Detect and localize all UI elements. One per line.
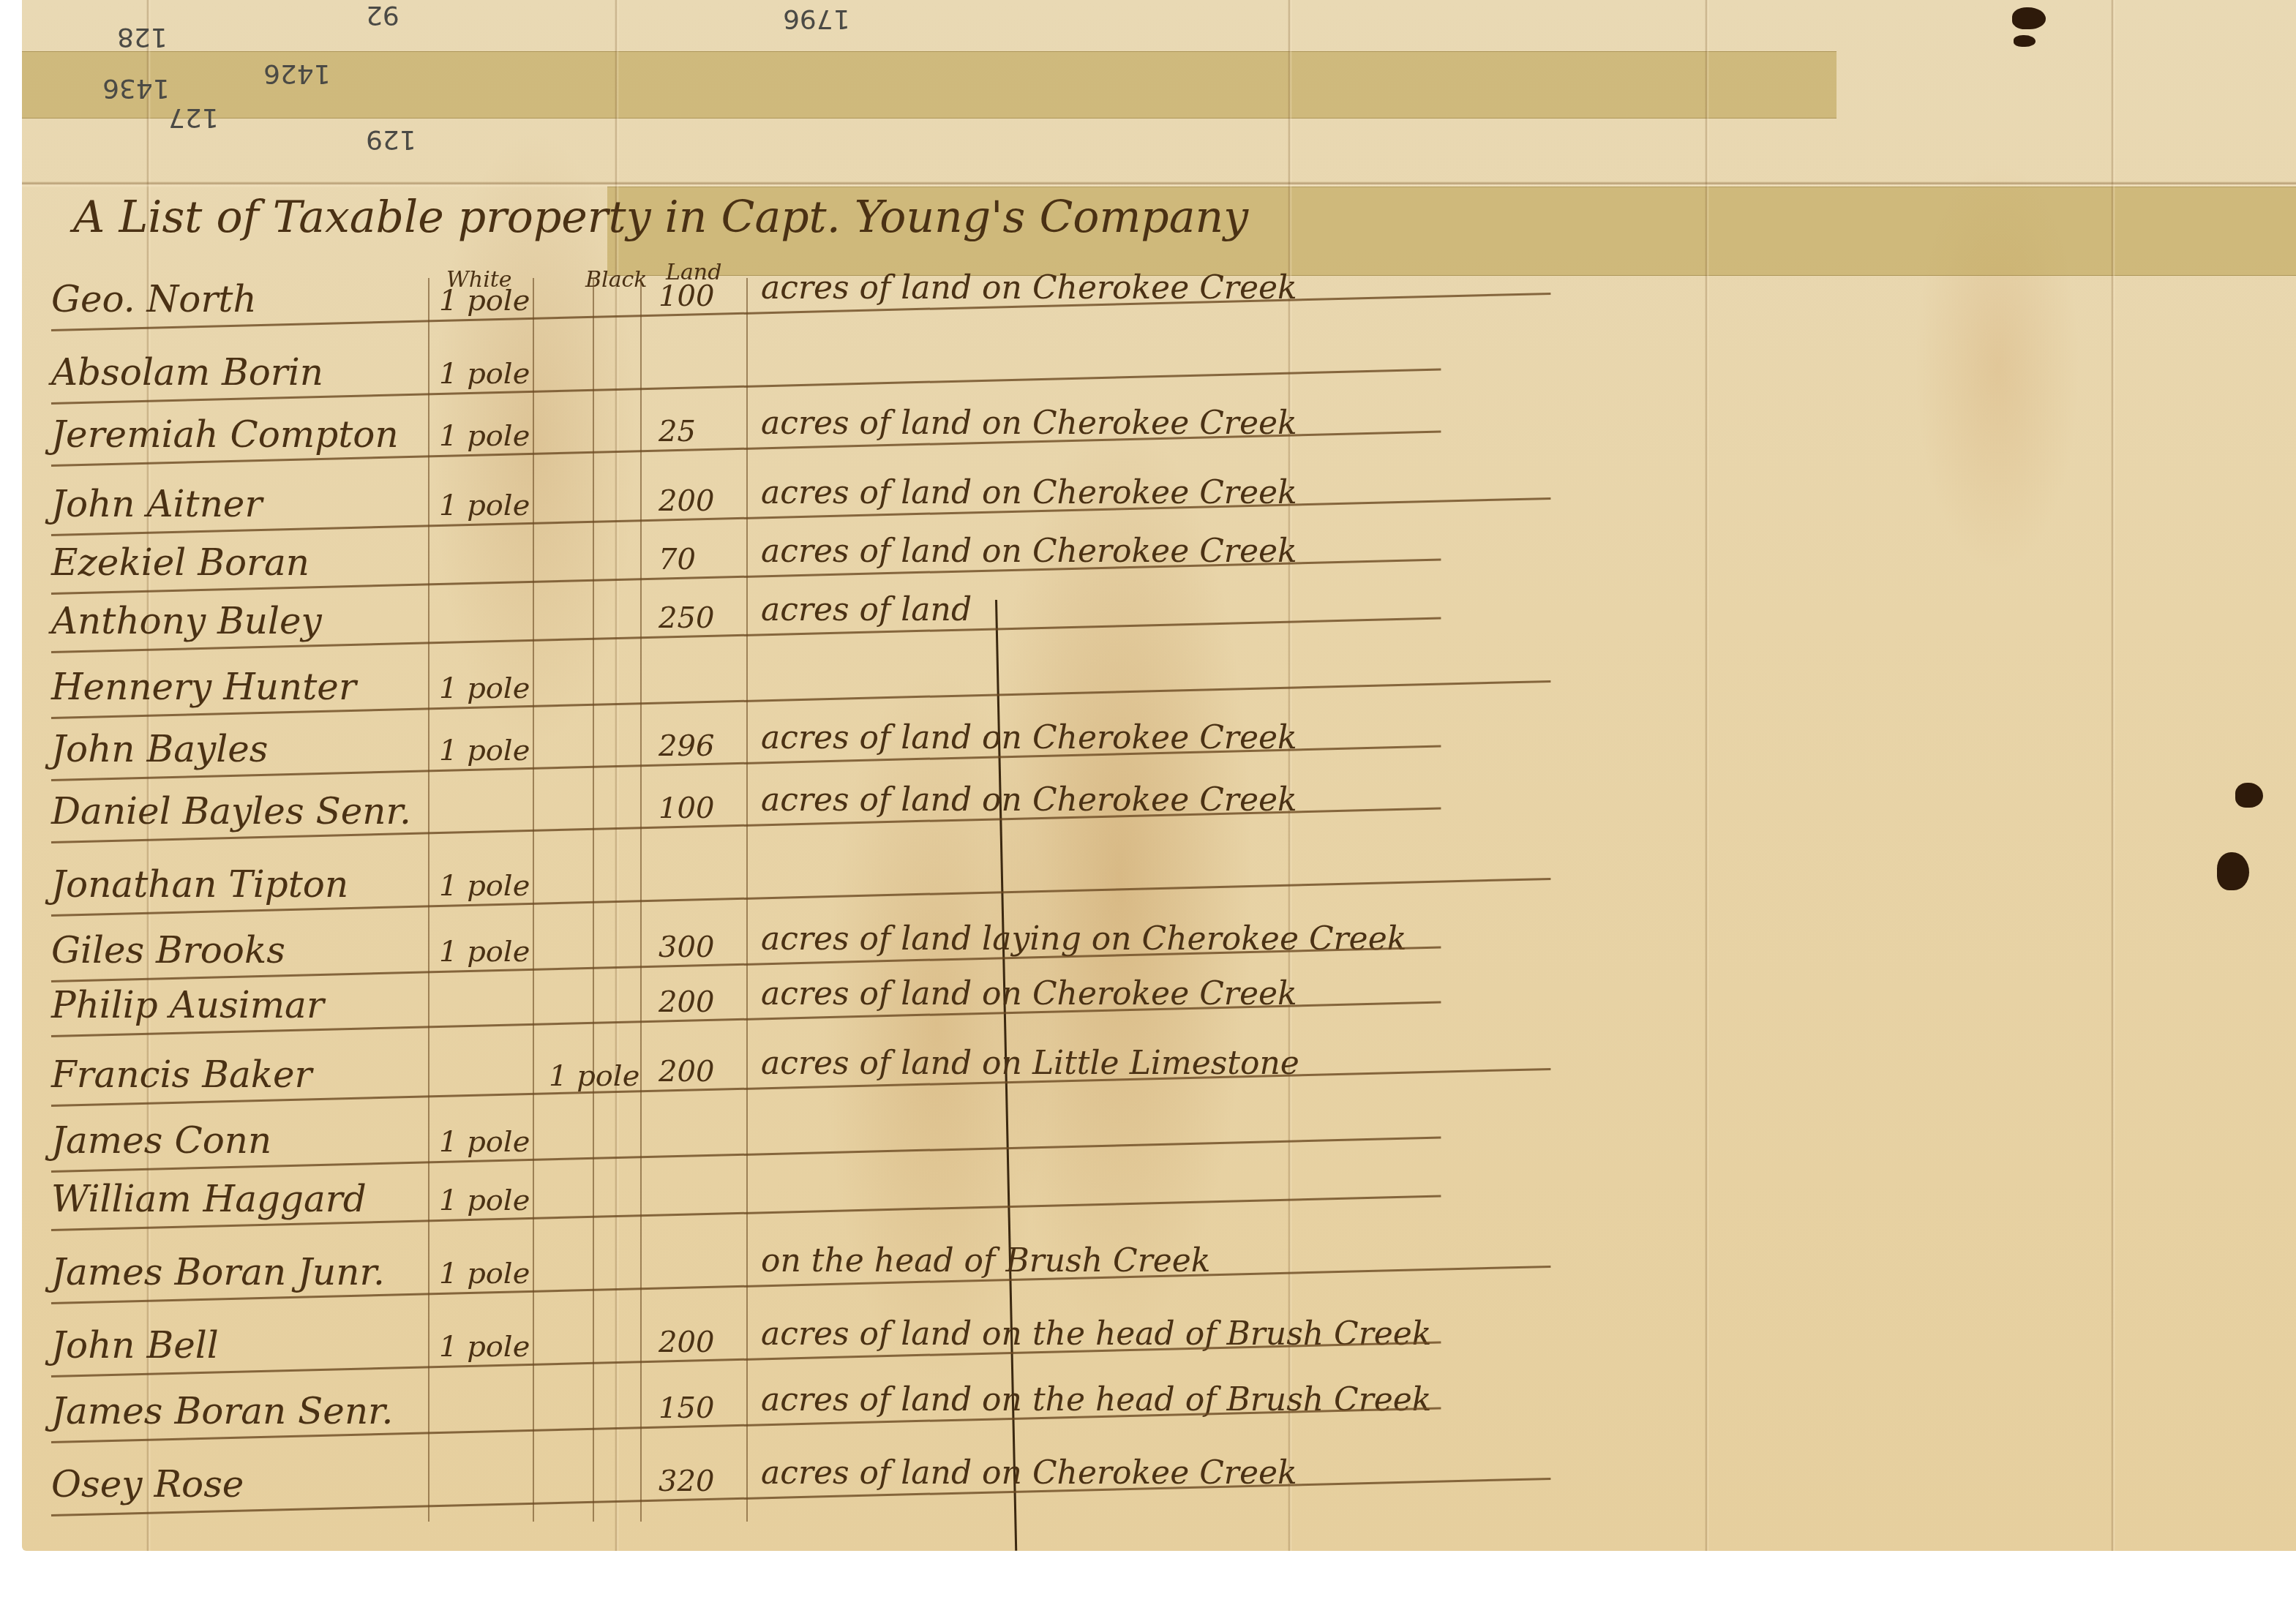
row-land-description: acres of land laying on Cherokee Creek xyxy=(761,920,1406,958)
row-name: Anthony Buley xyxy=(51,600,322,642)
document-sheet: 128 1436 1426 127 129 92 1796 A List of … xyxy=(22,0,2296,1551)
row-name: Jonathan Tipton xyxy=(51,863,348,906)
row-name: Osey Rose xyxy=(51,1463,244,1506)
row-acres: 320 xyxy=(659,1465,714,1498)
row-acres: 200 xyxy=(659,1055,714,1089)
row-acres: 25 xyxy=(659,415,696,448)
row-name: John Bell xyxy=(51,1324,219,1367)
ink-blot xyxy=(2217,852,2249,890)
pencil-note: 92 xyxy=(366,0,399,30)
ink-blot xyxy=(2014,35,2036,47)
row-land-description: acres of land on the head of Brush Creek xyxy=(761,1315,1432,1353)
row-land-description: acres of land xyxy=(761,591,972,628)
row-name: Absolam Borin xyxy=(51,351,323,394)
row-white: 1 pole xyxy=(439,489,530,522)
pencil-note: 129 xyxy=(366,124,416,154)
row-name: Hennery Hunter xyxy=(51,666,356,708)
row-name: James Conn xyxy=(51,1119,271,1162)
row-acres: 100 xyxy=(659,279,714,313)
row-white: 1 pole xyxy=(439,1184,530,1217)
row-name: Giles Brooks xyxy=(51,929,285,971)
row-name: Geo. North xyxy=(51,278,257,320)
row-name: Daniel Bayles Senr. xyxy=(51,790,411,832)
pencil-note: 127 xyxy=(168,102,219,132)
pencil-note: 1436 xyxy=(102,73,170,103)
row-white: 1 pole xyxy=(439,284,530,317)
row-land-description: acres of land on the head of Brush Creek xyxy=(761,1381,1432,1418)
pencil-note: 1426 xyxy=(263,59,331,89)
pencil-note: 1796 xyxy=(783,4,850,34)
pencil-note: 128 xyxy=(117,22,168,52)
row-white: 1 pole xyxy=(439,1257,530,1290)
row-name: John Aitner xyxy=(51,483,262,525)
fold-line xyxy=(2111,0,2115,1551)
column-header-black: Black xyxy=(585,267,648,293)
row-name: John Bayles xyxy=(51,728,268,770)
row-name: Jeremiah Compton xyxy=(51,413,399,456)
document-title: A List of Taxable property in Capt. Youn… xyxy=(73,192,1248,243)
ink-blot xyxy=(2235,783,2263,808)
column-divider xyxy=(533,278,534,1522)
row-name: Philip Ausimar xyxy=(51,984,324,1026)
row-acres: 70 xyxy=(659,543,696,576)
row-white: 1 pole xyxy=(439,935,530,969)
row-white: 1 pole xyxy=(439,357,530,391)
row-white: 1 pole xyxy=(439,419,530,453)
row-name: William Haggard xyxy=(51,1178,367,1220)
row-white: 1 pole xyxy=(439,1125,530,1159)
row-acres: 250 xyxy=(659,601,714,635)
row-acres: 200 xyxy=(659,985,714,1019)
row-black: 1 pole xyxy=(549,1059,639,1093)
row-name: Ezekiel Boran xyxy=(51,541,309,584)
row-acres: 150 xyxy=(659,1391,714,1425)
column-divider xyxy=(428,278,429,1522)
row-name: James Boran Junr. xyxy=(51,1251,385,1293)
row-name: James Boran Senr. xyxy=(51,1390,393,1432)
row-land-description: on the head of Brush Creek xyxy=(761,1242,1210,1279)
row-white: 1 pole xyxy=(439,734,530,767)
column-divider xyxy=(746,278,748,1522)
row-acres: 200 xyxy=(659,1326,714,1359)
row-acres: 200 xyxy=(659,484,714,518)
column-divider xyxy=(593,278,594,1522)
row-white: 1 pole xyxy=(439,1330,530,1364)
fold-line xyxy=(1705,0,1709,1551)
row-white: 1 pole xyxy=(439,672,530,705)
row-name: Francis Baker xyxy=(51,1053,312,1096)
row-acres: 300 xyxy=(659,931,714,964)
fold-line xyxy=(22,181,2296,187)
row-white: 1 pole xyxy=(439,869,530,903)
row-acres: 296 xyxy=(659,729,714,763)
row-acres: 100 xyxy=(659,792,714,825)
ink-blot xyxy=(2012,7,2046,29)
